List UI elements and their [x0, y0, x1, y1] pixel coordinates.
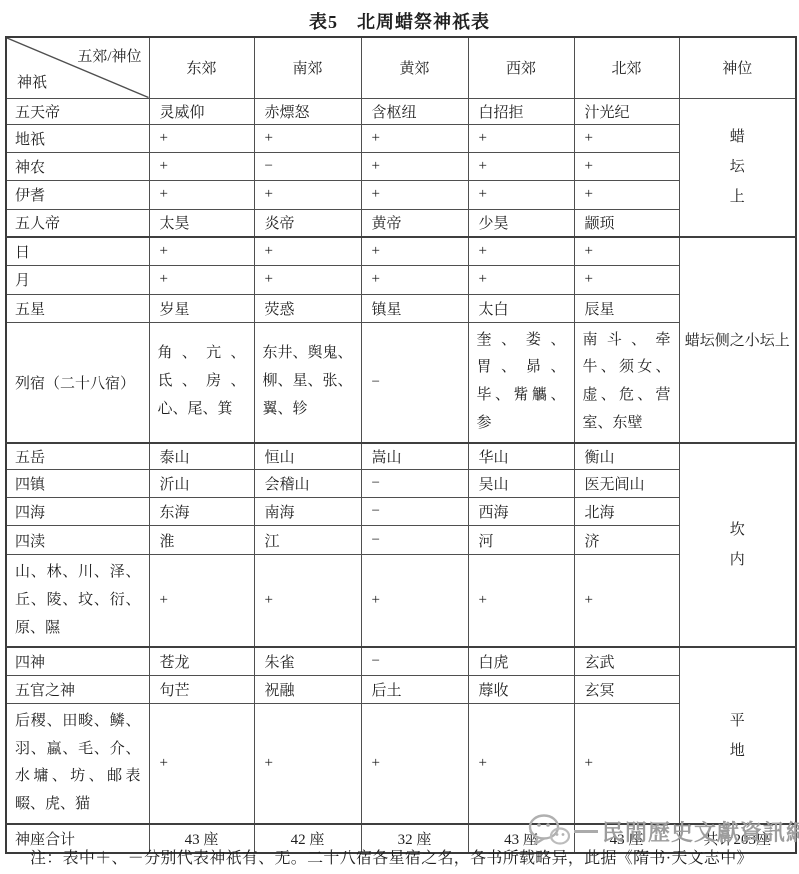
- cell: −: [361, 322, 468, 443]
- shenwei-group-altar: 蜡坛上: [679, 98, 796, 237]
- cell: 南海: [254, 498, 361, 526]
- table-row: 伊耆 + + + + +: [6, 180, 796, 209]
- cell: 恒山: [254, 443, 361, 470]
- cell: 华山: [468, 443, 574, 470]
- cell: 炎帝: [254, 209, 361, 237]
- row-label: 五官之神: [6, 675, 149, 703]
- corner-header-cell: 五郊/神位 神祇: [6, 37, 149, 98]
- cell: 少昊: [468, 209, 574, 237]
- row-label: 后稷、田畯、鳞、羽、蠃、毛、介、水墉、坊、邮表畷、虎、猫: [6, 703, 149, 824]
- cell: +: [149, 237, 254, 265]
- cell: 含枢纽: [361, 98, 468, 124]
- cell: −: [254, 152, 361, 180]
- table-row: 山、林、川、泽、丘、陵、坟、衍、原、隰 + + + + +: [6, 555, 796, 648]
- watermark: 民間歷史文獻資訊網: [528, 810, 799, 852]
- cell: +: [361, 703, 468, 824]
- cell: 荧惑: [254, 294, 361, 322]
- table-row: 列宿（二十八宿） 角、亢、氐、房、心、尾、箕 东井、舆鬼、柳、星、张、翼、轸 −…: [6, 322, 796, 443]
- cell: +: [149, 180, 254, 209]
- cell: 汁光纪: [574, 98, 679, 124]
- cell: 济: [574, 526, 679, 555]
- cell: 嵩山: [361, 443, 468, 470]
- cell: −: [361, 470, 468, 498]
- cell: 泰山: [149, 443, 254, 470]
- cell: +: [254, 180, 361, 209]
- cell: 赤熛怒: [254, 98, 361, 124]
- cell: +: [468, 265, 574, 294]
- row-label: 伊耆: [6, 180, 149, 209]
- cell: 句芒: [149, 675, 254, 703]
- cell: +: [361, 555, 468, 648]
- cell: +: [574, 180, 679, 209]
- column-header-yellow: 黄郊: [361, 37, 468, 98]
- cell: 东海: [149, 498, 254, 526]
- row-label: 神农: [6, 152, 149, 180]
- row-label: 四神: [6, 647, 149, 675]
- cell: 后土: [361, 675, 468, 703]
- cell: 淮: [149, 526, 254, 555]
- cell: +: [361, 237, 468, 265]
- cell: 朱雀: [254, 647, 361, 675]
- row-label: 月: [6, 265, 149, 294]
- corner-label-bottom: 神祇: [17, 71, 47, 92]
- table-row: 日 + + + + + 蜡坛侧之小坛上: [6, 237, 796, 265]
- cell: 苍龙: [149, 647, 254, 675]
- table-title: 表5 北周蜡祭神祇表: [0, 8, 799, 34]
- cell: +: [361, 265, 468, 294]
- table-row: 五岳 泰山 恒山 嵩山 华山 衡山 坎内: [6, 443, 796, 470]
- watermark-dash: [574, 830, 598, 833]
- cell: +: [361, 124, 468, 152]
- cell: 太白: [468, 294, 574, 322]
- cell: 医无闾山: [574, 470, 679, 498]
- row-label: 五人帝: [6, 209, 149, 237]
- shenwei-group-ground: 平地: [679, 647, 796, 824]
- row-label: 五星: [6, 294, 149, 322]
- cell: 南斗、牵牛、须女、虚、危、营室、东壁: [574, 322, 679, 443]
- table-row: 神农 + − + + +: [6, 152, 796, 180]
- cell: +: [361, 152, 468, 180]
- cell: 玄武: [574, 647, 679, 675]
- cell: 吴山: [468, 470, 574, 498]
- cell: −: [361, 498, 468, 526]
- row-label: 地祇: [6, 124, 149, 152]
- cell: +: [254, 237, 361, 265]
- table-row: 五天帝 灵威仰 赤熛怒 含枢纽 白招拒 汁光纪 蜡坛上: [6, 98, 796, 124]
- cell: 白虎: [468, 647, 574, 675]
- cell: 河: [468, 526, 574, 555]
- row-label: 四渎: [6, 526, 149, 555]
- deity-table: 五郊/神位 神祇 东郊 南郊 黄郊 西郊 北郊 神位 五天帝 灵威仰 赤熛怒 含…: [5, 36, 797, 854]
- cell: 辰星: [574, 294, 679, 322]
- row-label: 五天帝: [6, 98, 149, 124]
- column-header-west: 西郊: [468, 37, 574, 98]
- cell: +: [149, 555, 254, 648]
- corner-label-top: 五郊/神位: [77, 45, 141, 66]
- cell: 西海: [468, 498, 574, 526]
- header-row: 五郊/神位 神祇 东郊 南郊 黄郊 西郊 北郊 神位: [6, 37, 796, 98]
- table-row: 五人帝 太昊 炎帝 黄帝 少昊 颛顼: [6, 209, 796, 237]
- cell: +: [574, 124, 679, 152]
- cell: +: [574, 555, 679, 648]
- cell: 沂山: [149, 470, 254, 498]
- cell: −: [361, 647, 468, 675]
- cell: +: [468, 237, 574, 265]
- table-row: 五星 岁星 荧惑 镇星 太白 辰星: [6, 294, 796, 322]
- cell: +: [254, 265, 361, 294]
- cell: 奎、娄、胃、昴、毕、觜觿、参: [468, 322, 574, 443]
- cell: +: [468, 703, 574, 824]
- cell: 颛顼: [574, 209, 679, 237]
- cell: −: [361, 526, 468, 555]
- cell: 东井、舆鬼、柳、星、张、翼、轸: [254, 322, 361, 443]
- column-header-north: 北郊: [574, 37, 679, 98]
- cell: +: [254, 703, 361, 824]
- table-row: 月 + + + + +: [6, 265, 796, 294]
- cell: +: [468, 124, 574, 152]
- table-row: 四渎 淮 江 − 河 济: [6, 526, 796, 555]
- cell: +: [149, 703, 254, 824]
- row-label: 四海: [6, 498, 149, 526]
- shenwei-group-pit: 坎内: [679, 443, 796, 648]
- cell: 会稽山: [254, 470, 361, 498]
- watermark-site-name: 民間歷史文獻資訊網: [602, 816, 799, 847]
- row-label: 五岳: [6, 443, 149, 470]
- cell: 江: [254, 526, 361, 555]
- cell: 镇星: [361, 294, 468, 322]
- cell: 玄冥: [574, 675, 679, 703]
- table-row: 四镇 沂山 会稽山 − 吴山 医无闾山: [6, 470, 796, 498]
- row-label: 山、林、川、泽、丘、陵、坟、衍、原、隰: [6, 555, 149, 648]
- cell: 白招拒: [468, 98, 574, 124]
- cell: +: [254, 124, 361, 152]
- column-header-east: 东郊: [149, 37, 254, 98]
- table-row: 后稷、田畯、鳞、羽、蠃、毛、介、水墉、坊、邮表畷、虎、猫 + + + + +: [6, 703, 796, 824]
- cell: +: [149, 152, 254, 180]
- cell: +: [254, 555, 361, 648]
- cell: +: [468, 152, 574, 180]
- cell: +: [574, 237, 679, 265]
- cell: +: [361, 180, 468, 209]
- cell: 黄帝: [361, 209, 468, 237]
- cell: 祝融: [254, 675, 361, 703]
- wechat-icon: [528, 813, 570, 849]
- table-row: 五官之神 句芒 祝融 后土 蓐收 玄冥: [6, 675, 796, 703]
- row-label: 四镇: [6, 470, 149, 498]
- cell: +: [574, 265, 679, 294]
- cell: +: [574, 703, 679, 824]
- cell: +: [149, 265, 254, 294]
- cell: 灵威仰: [149, 98, 254, 124]
- cell: +: [468, 180, 574, 209]
- column-header-south: 南郊: [254, 37, 361, 98]
- cell: 岁星: [149, 294, 254, 322]
- cell: 北海: [574, 498, 679, 526]
- cell: 蓐收: [468, 675, 574, 703]
- cell: +: [468, 555, 574, 648]
- table-row: 四海 东海 南海 − 西海 北海: [6, 498, 796, 526]
- column-header-shenwei: 神位: [679, 37, 796, 98]
- table-row: 地祇 + + + + +: [6, 124, 796, 152]
- cell: +: [149, 124, 254, 152]
- shenwei-group-side-altar: 蜡坛侧之小坛上: [679, 237, 796, 443]
- cell: 太昊: [149, 209, 254, 237]
- cell: 角、亢、氐、房、心、尾、箕: [149, 322, 254, 443]
- cell: 衡山: [574, 443, 679, 470]
- row-label: 列宿（二十八宿）: [6, 322, 149, 443]
- table-row: 四神 苍龙 朱雀 − 白虎 玄武 平地: [6, 647, 796, 675]
- row-label: 日: [6, 237, 149, 265]
- cell: +: [574, 152, 679, 180]
